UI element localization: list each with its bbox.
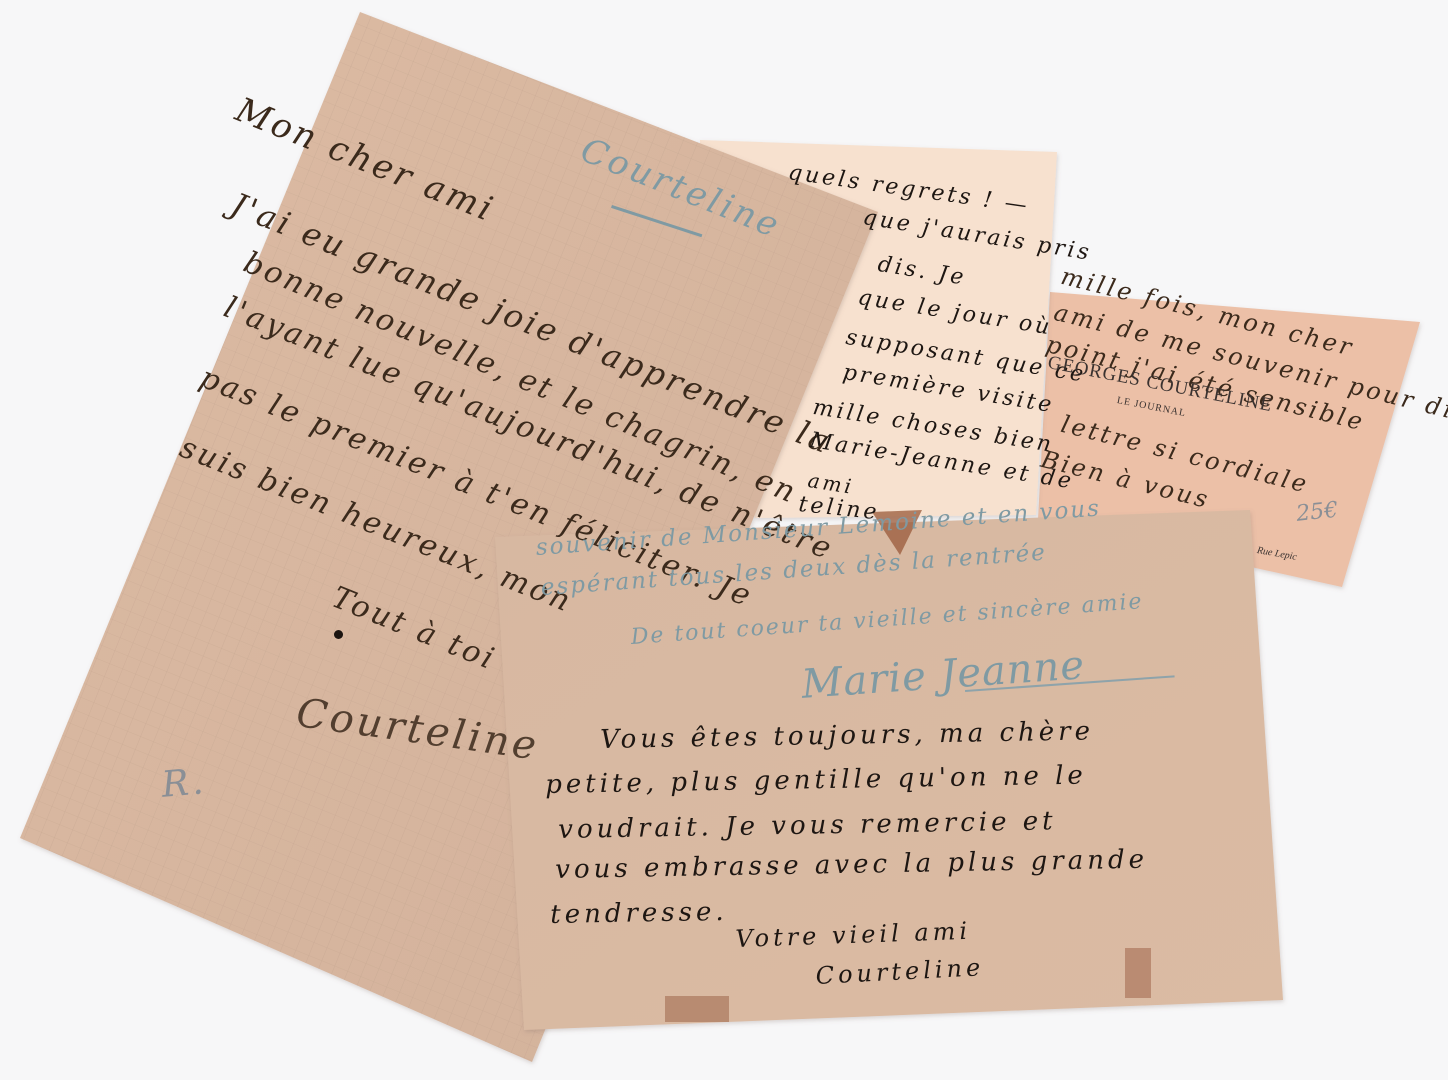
stain-bottom: [665, 996, 729, 1022]
price-mark: 25€: [1295, 498, 1339, 527]
pencil-mark: R.: [160, 761, 208, 806]
front-black-line: tendresse.: [550, 897, 728, 930]
photo-stage: Mon cher ami J'ai eu grande joie d'appre…: [0, 0, 1448, 1080]
ink-dot: [334, 630, 343, 639]
stain-right: [1125, 948, 1151, 998]
